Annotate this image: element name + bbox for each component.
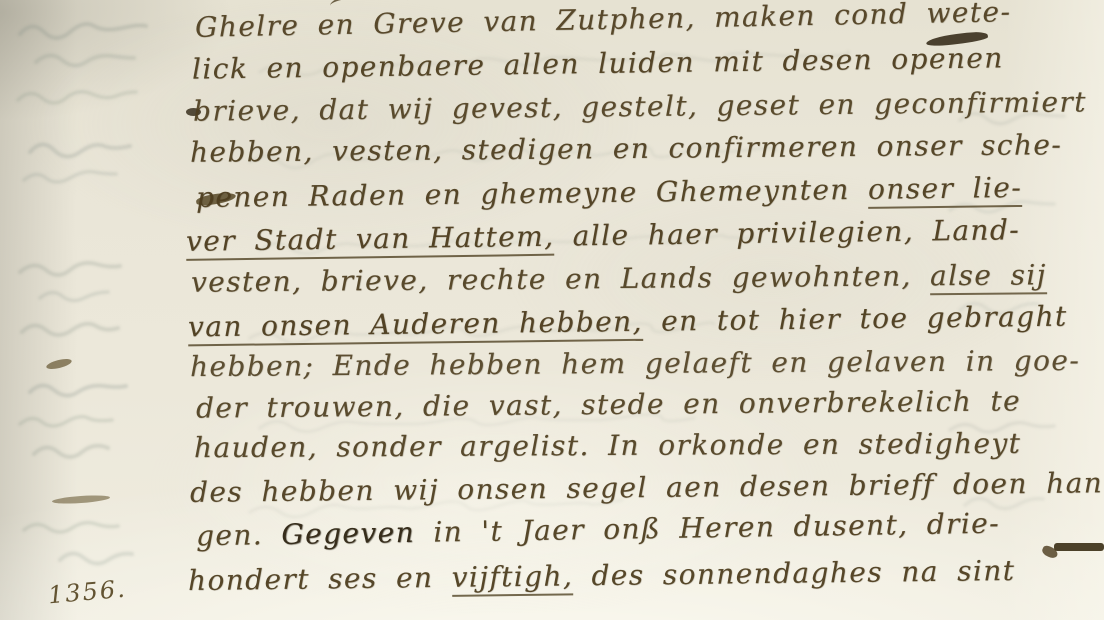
line-segment: vesten, brieve, rechte en Lands gewohnte… bbox=[191, 259, 930, 298]
line-segment: penen Raden en ghemeyne Ghemeynten bbox=[196, 173, 868, 214]
line-segment: hebben; Ende hebben hem gelaeft en gelav… bbox=[190, 344, 1080, 383]
manuscript-line-7: vesten, brieve, rechte en Lands gewohnte… bbox=[191, 259, 1047, 299]
manuscript-photo: Ghelre en Greve van Zutphen, maken cond … bbox=[0, 0, 1104, 620]
manuscript-line-1: Ghelre en Greve van Zutphen, maken cond … bbox=[195, 0, 1012, 44]
manuscript-line-10: der trouwen, die vast, stede en onverbre… bbox=[196, 385, 1021, 424]
ink-smear bbox=[52, 494, 110, 505]
line-segment: in 't Jaer onß Heren dusent, drie- bbox=[415, 507, 1001, 549]
manuscript-line-5: penen Raden en ghemeyne Ghemeynten onser… bbox=[196, 172, 1022, 214]
line-segment: en tot hier toe gebraght bbox=[643, 300, 1068, 338]
line-segment: des hebben wij onsen segel aen desen bri… bbox=[190, 466, 1104, 509]
line-segment: der trouwen, die vast, stede en onverbre… bbox=[196, 384, 1021, 424]
manuscript-line-4: hebben, vesten, stedigen en confirmeren … bbox=[190, 129, 1062, 169]
manuscript-line-12: des hebben wij onsen segel aen desen bri… bbox=[190, 467, 1104, 509]
line-segment: lick en openbaere allen luiden mit desen… bbox=[192, 41, 1004, 85]
manuscript-line-14: hondert ses en vijftigh, des sonnendaghe… bbox=[188, 555, 1016, 597]
manuscript-line-2: lick en openbaere allen luiden mit desen… bbox=[192, 42, 1004, 86]
line-filler-dash bbox=[1041, 544, 1060, 560]
line-filler-dash bbox=[1054, 543, 1104, 551]
line-segment-underlined: alse sij bbox=[930, 258, 1047, 295]
line-segment-underlined: van onsen Auderen hebben, bbox=[188, 305, 643, 347]
manuscript-line-6: ver Stadt van Hattem, alle haer privileg… bbox=[186, 214, 1020, 258]
line-segment: gen. bbox=[196, 518, 282, 552]
line-segment-underlined: onser lie- bbox=[868, 171, 1022, 209]
manuscript-line-8: van onsen Auderen hebben, en tot hier to… bbox=[188, 301, 1068, 344]
margin-year-annotation: 1356. bbox=[47, 575, 128, 610]
manuscript-line-9: hebben; Ende hebben hem gelaeft en gelav… bbox=[190, 345, 1080, 383]
manuscript-line-11: hauden, sonder argelist. In orkonde en s… bbox=[194, 428, 1021, 465]
manuscript-line-3: brieve, dat wij gevest, gestelt, geset e… bbox=[193, 86, 1087, 128]
line-segment: des sonnendaghes na sint bbox=[573, 554, 1016, 592]
line-segment: brieve, dat wij gevest, gestelt, geset e… bbox=[193, 85, 1087, 127]
line-segment: hauden, sonder argelist. In orkonde en s… bbox=[194, 427, 1021, 464]
line-segment: hondert ses en bbox=[188, 561, 452, 597]
line-segment-underlined: ver Stadt van Hattem, bbox=[186, 220, 555, 261]
line-segment: alle haer privilegien, Land- bbox=[554, 213, 1020, 252]
line-segment: Ghelre en Greve van Zutphen, maken cond … bbox=[195, 0, 1012, 44]
manuscript-line-13: gen. Gegeven in 't Jaer onß Heren dusent… bbox=[196, 508, 1000, 553]
ink-smear bbox=[45, 357, 72, 371]
line-segment-underlined: vijftigh, bbox=[451, 559, 573, 596]
line-segment: hebben, vesten, stedigen en confirmeren … bbox=[190, 128, 1062, 169]
line-segment-dark: Gegeven bbox=[281, 516, 415, 551]
